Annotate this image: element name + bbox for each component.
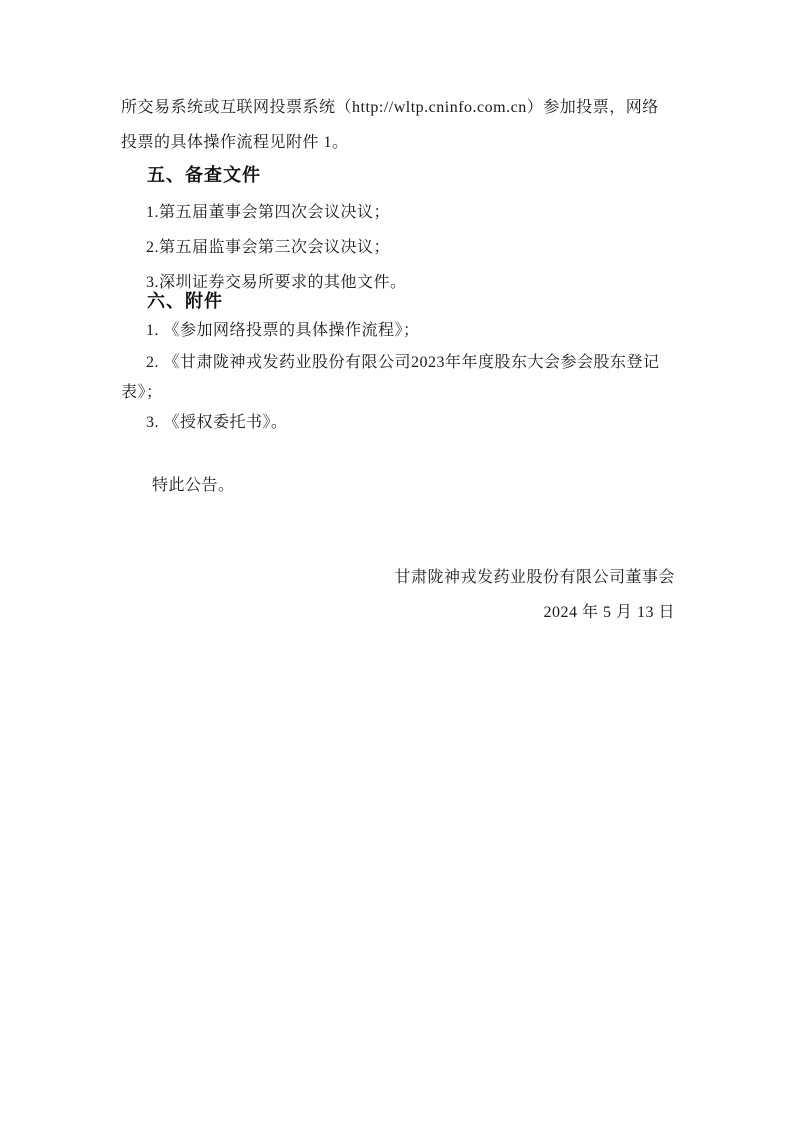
paragraph-continuation-line-1: 所交易系统或互联网投票系统（http://wltp.cninfo.com.cn）… (121, 98, 659, 118)
reference-document-item-3: 3.深圳证券交易所要求的其他文件。 (146, 273, 407, 293)
signature-company: 甘肃陇神戎发药业股份有限公司董事会 (394, 568, 675, 588)
reference-document-item-2: 2.第五届监事会第三次会议决议； (146, 238, 390, 258)
attachment-item-2-line-1: 2. 《甘肃陇神戎发药业股份有限公司2023年年度股东大会参会股东登记 (146, 353, 660, 373)
attachment-item-2-line-2: 表》； (121, 383, 163, 403)
signature-date: 2024 年 5 月 13 日 (543, 603, 675, 623)
attachment-item-3: 3. 《授权委托书》。 (146, 413, 288, 433)
attachment-item-1: 1. 《参加网络投票的具体操作流程》； (146, 321, 420, 341)
paragraph-continuation-line-2: 投票的具体操作流程见附件 1。 (121, 133, 349, 153)
section-heading-attachments: 六、附件 (147, 291, 223, 311)
reference-document-item-1: 1.第五届董事会第四次会议决议； (146, 203, 390, 223)
section-heading-reference-documents: 五、备查文件 (147, 165, 261, 185)
document-page: 所交易系统或互联网投票系统（http://wltp.cninfo.com.cn）… (0, 0, 794, 1122)
closing-statement: 特此公告。 (152, 476, 235, 496)
